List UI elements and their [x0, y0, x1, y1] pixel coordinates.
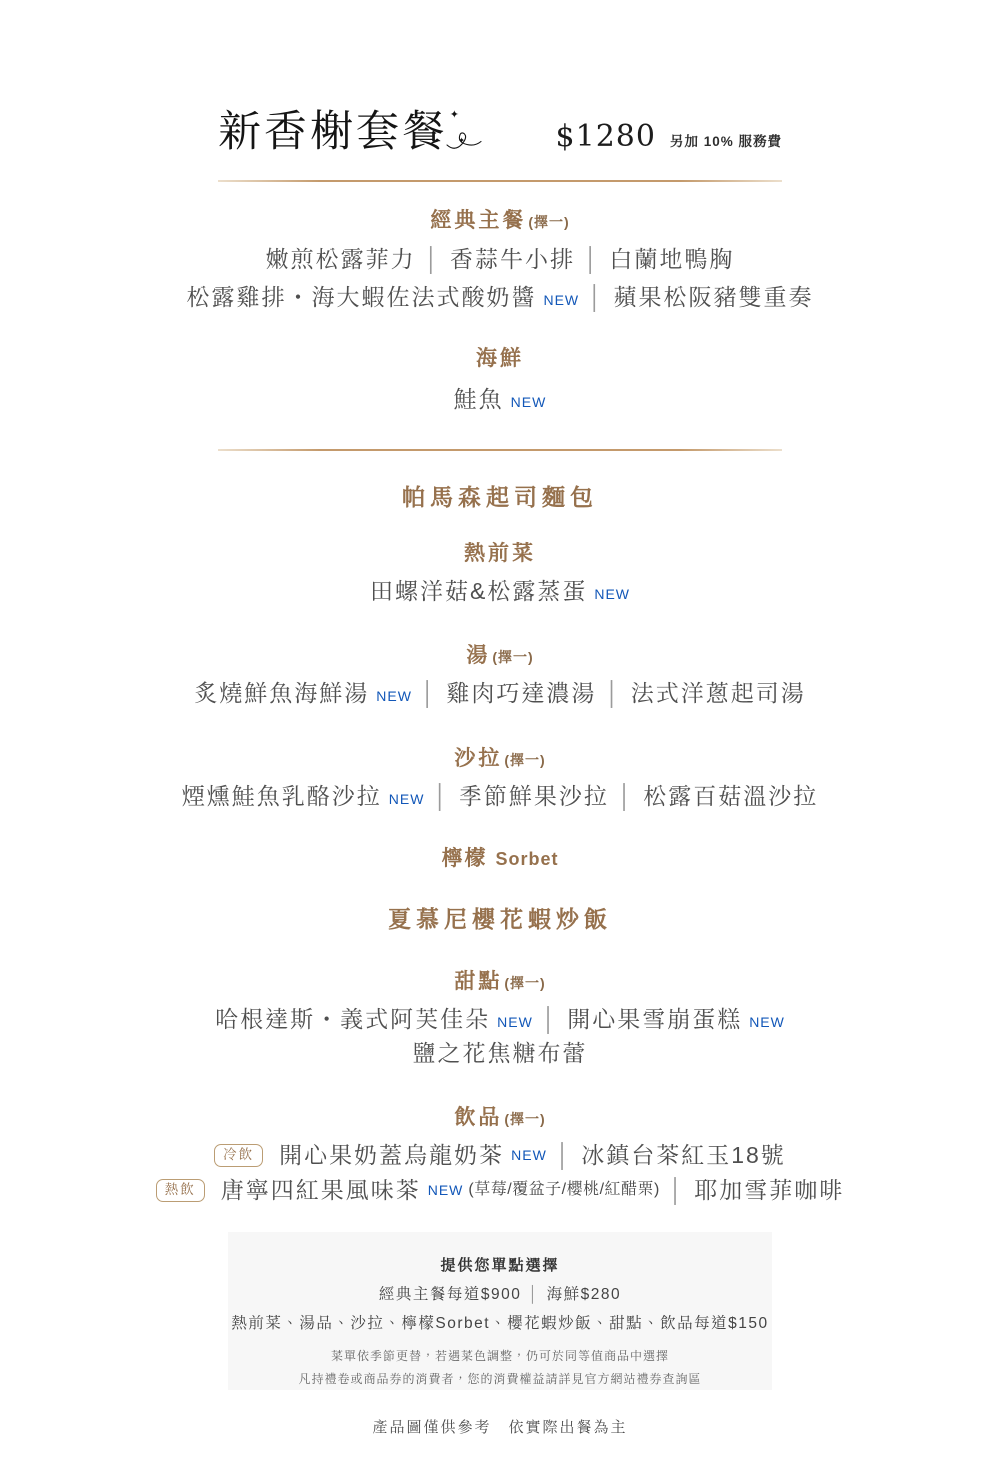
menu-page: 新香榭套餐 ✦ ✦ $1280 另加 10% 服務費 經典主餐(擇一) 嫩煎松露…	[0, 0, 1000, 1480]
new-badge: NEW	[376, 688, 412, 704]
set-price: $1280	[556, 119, 656, 154]
hot-appetizer-row: 田螺洋菇&松露蒸蛋NEW	[0, 577, 1000, 606]
menu-item: 白蘭地鴨胸	[609, 246, 734, 272]
dessert-row-2: 鹽之花焦糖布蕾	[0, 1039, 1000, 1068]
service-charge-note: 另加 10% 服務費	[670, 130, 782, 150]
section-heading-drinks: 飲品(擇一)	[0, 1105, 1000, 1130]
salad-row: 煙燻鮭魚乳酪沙拉NEW│季節鮮果沙拉│松露百菇溫沙拉	[0, 782, 1000, 811]
new-badge: NEW	[511, 394, 547, 410]
pick-one-label: (擇一)	[504, 752, 545, 768]
sorbet-course: 檸檬Sorbet	[0, 846, 1000, 871]
item-separator: │	[618, 783, 634, 809]
info-box-line-1: 經典主餐每道$900│海鮮$280	[228, 1282, 772, 1304]
classic-main-row-1: 嫩煎松露菲力│香蒜牛小排│白蘭地鴨胸	[0, 245, 1000, 274]
flavor-note: (草莓/覆盆子/櫻桃/紅醋栗)	[468, 1180, 660, 1200]
menu-item: 夏慕尼櫻花蝦炒飯	[388, 906, 612, 932]
menu-item: 炙燒鮮魚海鮮湯	[194, 680, 369, 706]
item-separator: │	[421, 680, 437, 706]
menu-item: 鮭魚	[454, 386, 504, 412]
item-separator: │	[425, 246, 441, 272]
classic-main-row-2: 松露雞排・海大蝦佐法式酸奶醬NEW│蘋果松阪豬雙重奏	[0, 283, 1000, 312]
item-separator: │	[542, 1006, 558, 1032]
hot-drinks-row: 熱飲 唐寧四紅果風味茶NEW(草莓/覆盆子/櫻桃/紅醋栗)│耶加雪菲咖啡	[0, 1176, 1000, 1205]
pick-one-label: (擇一)	[492, 649, 533, 665]
bread-course: 帕馬森起司麵包	[0, 484, 1000, 512]
new-badge: NEW	[428, 1182, 464, 1200]
item-separator: │	[588, 284, 604, 310]
fried-rice-course: 夏慕尼櫻花蝦炒飯	[0, 906, 1000, 934]
menu-item: 鹽之花焦糖布蕾	[413, 1040, 588, 1066]
item-separator: │	[556, 1141, 572, 1170]
heading-text: 湯	[466, 644, 490, 667]
menu-item: 開心果雪崩蛋糕	[567, 1006, 742, 1032]
new-badge: NEW	[389, 791, 425, 807]
menu-item: 開心果奶蓋烏龍奶茶	[279, 1141, 504, 1170]
menu-item: 煙燻鮭魚乳酪沙拉	[182, 783, 382, 809]
page-title: 新香榭套餐 ✦ ✦	[218, 106, 448, 160]
divider-top	[218, 180, 782, 182]
new-badge: NEW	[749, 1014, 785, 1030]
a-la-carte-info-box: 提供您單點選擇 經典主餐每道$900│海鮮$280 熱前菜、湯品、沙拉、檸檬So…	[228, 1232, 772, 1390]
new-badge: NEW	[511, 1147, 547, 1165]
menu-item: 哈根達斯・義式阿芙佳朵	[215, 1006, 490, 1032]
new-badge: NEW	[543, 292, 579, 308]
info-box-note-1: 菜單依季節更替，若遇菜色調整，仍可於同等值商品中選擇	[228, 1347, 772, 1364]
heading-text: 海鮮	[476, 347, 524, 370]
menu-item: 法式洋蔥起司湯	[631, 680, 806, 706]
item-separator: │	[605, 680, 621, 706]
section-heading-salad: 沙拉(擇一)	[0, 746, 1000, 771]
menu-item: 帕馬森起司麵包	[402, 484, 598, 510]
menu-item: 冰鎮台茶紅玉18號	[581, 1141, 786, 1170]
soup-row: 炙燒鮮魚海鮮湯NEW│雞肉巧達濃湯│法式洋蔥起司湯	[0, 679, 1000, 708]
flourish-swirl-icon	[446, 112, 482, 166]
menu-item: 松露雞排・海大蝦佐法式酸奶醬	[186, 284, 536, 310]
menu-item: 松露百菇溫沙拉	[643, 783, 818, 809]
item-separator: │	[528, 1286, 539, 1303]
page-title-text: 新香榭套餐	[218, 107, 448, 157]
pick-one-label: (擇一)	[504, 975, 545, 991]
section-heading-hot-appetizer: 熱前菜	[0, 541, 1000, 566]
heading-text: 經典主餐	[430, 209, 526, 232]
section-heading-dessert: 甜點(擇一)	[0, 969, 1000, 994]
menu-item: 香蒜牛小排	[450, 246, 575, 272]
info-price-item: 海鮮$280	[547, 1286, 621, 1303]
heading-text: 熱前菜	[464, 542, 536, 565]
menu-item: 耶加雪菲咖啡	[694, 1176, 844, 1205]
hot-drink-badge: 熱飲	[156, 1179, 205, 1202]
new-badge: NEW	[594, 586, 630, 602]
cold-drinks-row: 冷飲 開心果奶蓋烏龍奶茶NEW│冰鎮台茶紅玉18號	[0, 1141, 1000, 1170]
info-box-note-2: 凡持禮卷或商品券的消費者，您的消費權益請詳見官方網站禮券查詢區	[228, 1370, 772, 1387]
info-price-item: 經典主餐每道$900	[379, 1286, 521, 1303]
pick-one-label: (擇一)	[504, 1111, 545, 1127]
divider-middle	[218, 449, 782, 451]
dessert-row-1: 哈根達斯・義式阿芙佳朵NEW│開心果雪崩蛋糕NEW	[0, 1005, 1000, 1034]
menu-item: 雞肉巧達濃湯	[446, 680, 596, 706]
heading-text: 沙拉	[454, 747, 502, 770]
menu-item: 蘋果松阪豬雙重奏	[614, 284, 814, 310]
footer-disclaimer: 產品圖僅供參考 依實際出餐為主	[0, 1416, 1000, 1437]
heading-text: 甜點	[454, 970, 502, 993]
cold-drink-badge: 冷飲	[214, 1144, 263, 1167]
header: 新香榭套餐 ✦ ✦ $1280 另加 10% 服務費	[218, 106, 782, 160]
menu-item: 嫩煎松露菲力	[266, 246, 416, 272]
menu-item: 檸檬	[441, 847, 487, 870]
new-badge: NEW	[497, 1014, 533, 1030]
item-separator: │	[433, 783, 449, 809]
price-group: $1280 另加 10% 服務費	[556, 119, 782, 154]
menu-item: 田螺洋菇&松露蒸蛋	[370, 578, 587, 604]
pick-one-label: (擇一)	[528, 214, 569, 230]
menu-item: 季節鮮果沙拉	[459, 783, 609, 809]
heading-text: 飲品	[454, 1106, 502, 1129]
info-box-line-2: 熱前菜、湯品、沙拉、檸檬Sorbet、櫻花蝦炒飯、甜點、飲品每道$150	[228, 1311, 772, 1333]
seafood-row: 鮭魚NEW	[0, 385, 1000, 414]
section-heading-soup: 湯(擇一)	[0, 643, 1000, 668]
item-separator: │	[669, 1176, 685, 1205]
section-heading-seafood: 海鮮	[0, 346, 1000, 371]
section-heading-classic-main: 經典主餐(擇一)	[0, 208, 1000, 233]
info-box-title: 提供您單點選擇	[228, 1254, 772, 1275]
item-separator: │	[584, 246, 600, 272]
menu-item-en: Sorbet	[495, 849, 558, 869]
menu-item: 唐寧四紅果風味茶	[221, 1176, 421, 1205]
